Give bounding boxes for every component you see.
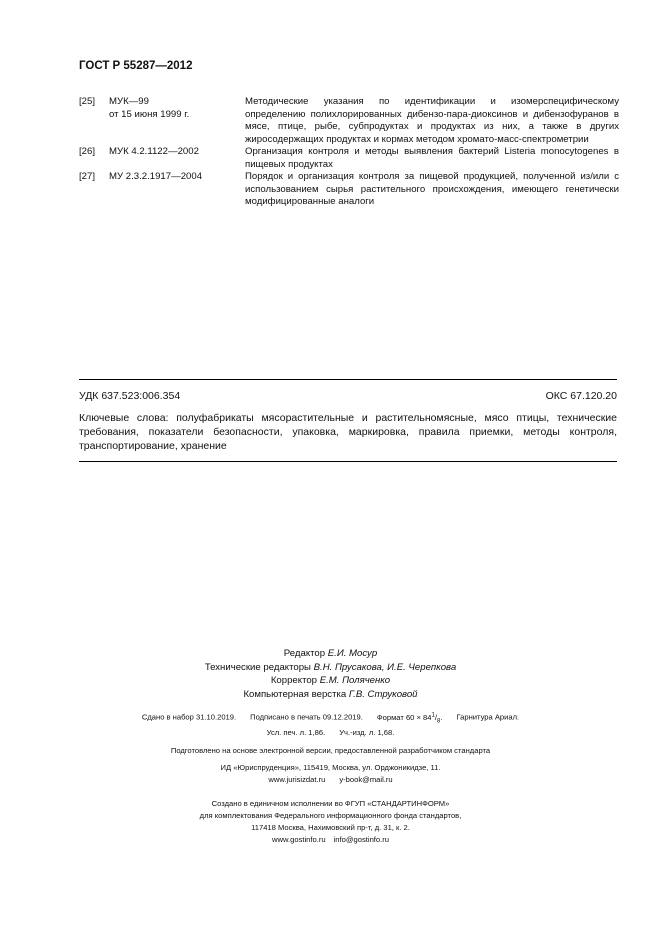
- credit-role: Редактор: [284, 648, 325, 659]
- credit-role: Корректор: [271, 675, 317, 686]
- reference-code: МУК 4.2.1122—2002: [109, 146, 259, 159]
- imprint-line: Сдано в набор 31.10.2019.Подписано в печ…: [0, 709, 661, 727]
- standard-header: ГОСТ Р 55287—2012: [79, 60, 192, 72]
- credit-role: Компьютерная верстка: [243, 689, 346, 700]
- reference-item: [26] МУК 4.2.1122—2002 Организация контр…: [79, 146, 619, 172]
- edit-sheets: Уч.-изд. л. 1,68.: [339, 728, 394, 737]
- producer-website-link[interactable]: www.gostinfo.ru: [272, 835, 326, 844]
- credits-block: Редактор Е.И. Мосур Технические редактор…: [0, 647, 661, 701]
- reference-number: [27]: [79, 171, 95, 184]
- reference-title: Организация контроля и методы выявления …: [245, 146, 619, 171]
- print-sheets: Усл. печ. л. 1,86.: [267, 728, 326, 737]
- credit-name: В.Н. Прусакова, И.Е. Черепкова: [314, 662, 457, 673]
- publisher-contacts: www.jurisizdat.ruy-book@mail.ru: [0, 774, 661, 786]
- credit-layout: Компьютерная верстка Г.В. Струковой: [0, 688, 661, 702]
- credit-tech-editors: Технические редакторы В.Н. Прусакова, И.…: [0, 661, 661, 675]
- reference-item: [27] МУ 2.3.2.1917—2004 Порядок и органи…: [79, 171, 619, 211]
- producer-email-link[interactable]: info@gostinfo.ru: [334, 835, 389, 844]
- imprint-line: Усл. печ. л. 1,86.Уч.-изд. л. 1,68.: [0, 727, 661, 739]
- reference-code: МУ 2.3.2.1917—2004: [109, 171, 259, 184]
- oks-code: ОКС 67.120.20: [546, 390, 617, 402]
- typeface: Гарнитура Ариал.: [456, 713, 519, 722]
- credit-proofreader: Корректор Е.М. Поляченко: [0, 674, 661, 688]
- reference-code-line: МУК—99: [109, 96, 259, 109]
- reference-number: [26]: [79, 146, 95, 159]
- publisher-email-link[interactable]: y-book@mail.ru: [339, 775, 392, 784]
- producer-address: 117418 Москва, Нахимовский пр-т, д. 31, …: [0, 822, 661, 834]
- publisher-address: ИД «Юриспруденция», 115419, Москва, ул. …: [0, 762, 661, 774]
- udk-code: УДК 637.523:006.354: [79, 390, 180, 402]
- credit-role: Технические редакторы: [205, 662, 311, 673]
- signed-date: Подписано в печать 09.12.2019.: [250, 713, 363, 722]
- reference-code-line: от 15 июня 1999 г.: [109, 109, 259, 122]
- format-text: Формат 60 × 84: [377, 713, 432, 722]
- divider: [79, 461, 617, 462]
- imprint-block: Сдано в набор 31.10.2019.Подписано в печ…: [0, 709, 661, 757]
- producer-block: Создано в единичном исполнении во ФГУП «…: [0, 798, 661, 846]
- divider: [79, 379, 617, 380]
- format-denominator: 8: [437, 718, 440, 724]
- typeset-date: Сдано в набор 31.10.2019.: [142, 713, 236, 722]
- prepared-note: Подготовлено на основе электронной верси…: [0, 745, 661, 757]
- format-numerator: 1: [432, 712, 435, 718]
- credit-editor: Редактор Е.И. Мосур: [0, 647, 661, 661]
- keywords: Ключевые слова: полуфабрикаты мясорастит…: [79, 411, 617, 453]
- reference-number: [25]: [79, 96, 95, 109]
- publisher-block: ИД «Юриспруденция», 115419, Москва, ул. …: [0, 762, 661, 786]
- publisher-website-link[interactable]: www.jurisizdat.ru: [268, 775, 325, 784]
- producer-line: для комплектования Федерального информац…: [0, 810, 661, 822]
- reference-title: Порядок и организация контроля за пищево…: [245, 171, 619, 209]
- paper-format: Формат 60 × 841/8.: [377, 713, 443, 722]
- producer-line: Создано в единичном исполнении во ФГУП «…: [0, 798, 661, 810]
- credit-name: Е.М. Поляченко: [320, 675, 390, 686]
- reference-title: Методические указания по идентификации и…: [245, 96, 619, 146]
- credit-name: Е.И. Мосур: [328, 648, 377, 659]
- credit-name: Г.В. Струковой: [349, 689, 418, 700]
- reference-code: МУК—99 от 15 июня 1999 г.: [109, 96, 259, 121]
- producer-contacts: www.gostinfo.ruinfo@gostinfo.ru: [0, 834, 661, 846]
